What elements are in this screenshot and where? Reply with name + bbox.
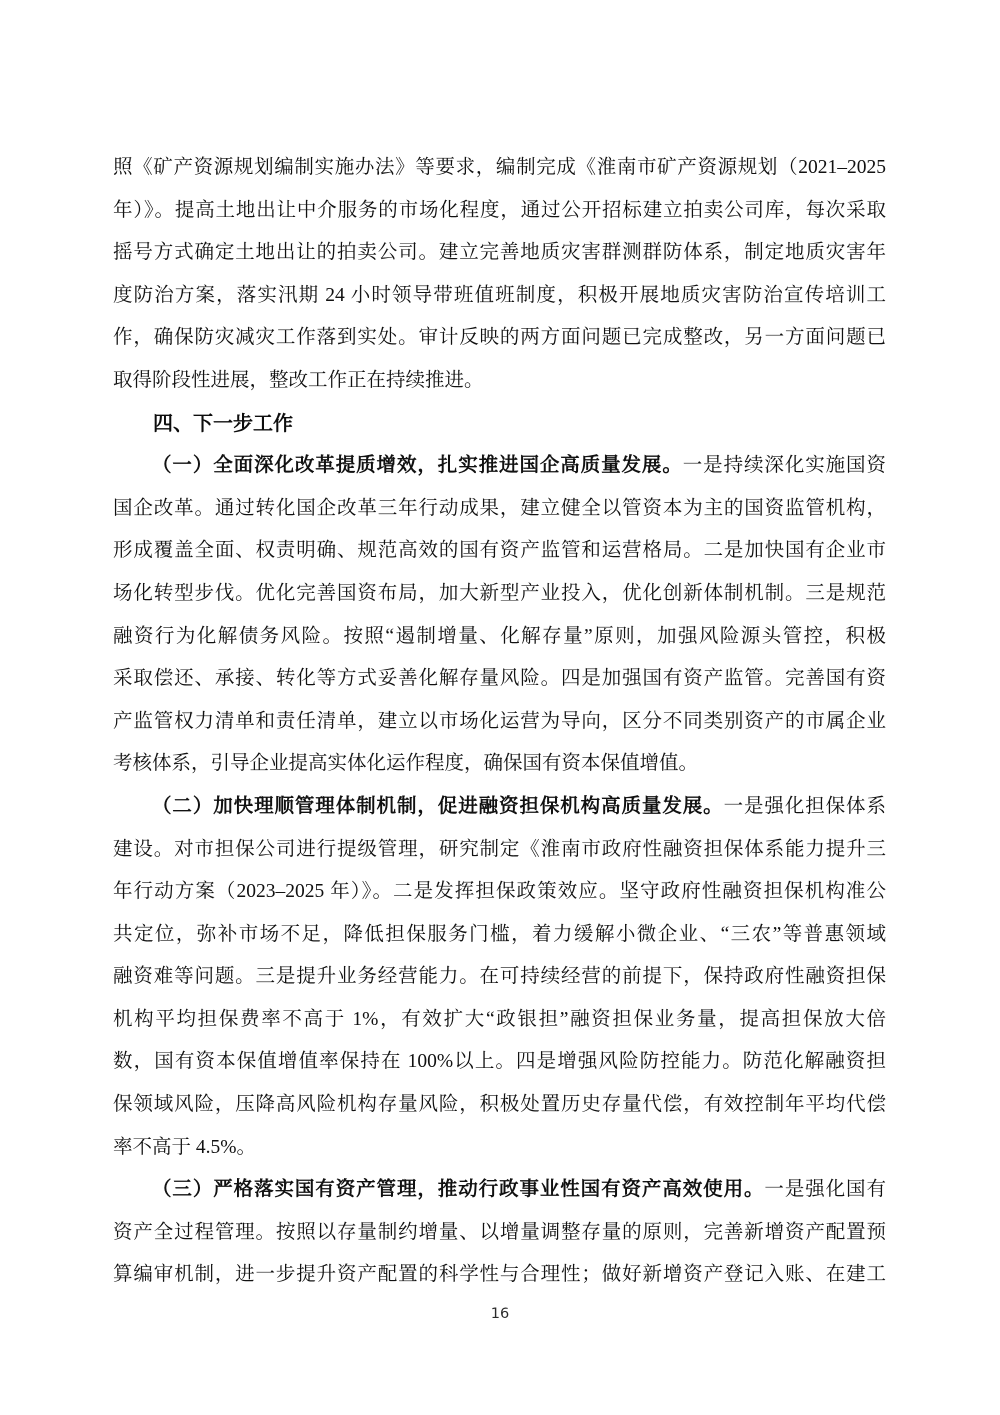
text-line: 形成覆盖全面、权责明确、规范高效的国有资产监管和运营格局。二是加快国有企业市 bbox=[113, 530, 886, 573]
text-segment: 年行动方案（2023–2025 年）》。二是发挥担保政策效应。坚守政府性融资担保… bbox=[113, 881, 886, 902]
text-segment: 建设。对市担保公司进行提级管理，研究制定《淮南市政府性融资担保体系能力提升三 bbox=[113, 839, 886, 860]
text-segment: 保领域风险，压降高风险机构存量风险，积极处置历史存量代偿，有效控制年平均代偿 bbox=[113, 1094, 886, 1115]
text-line: 率不高于 4.5%。 bbox=[113, 1127, 886, 1170]
text-line: 资产全过程管理。按照以存量制约增量、以增量调整存量的原则，完善新增资产配置预 bbox=[113, 1212, 886, 1255]
section-heading: 四、下一步工作 bbox=[113, 403, 886, 446]
text-segment: 融资行为化解债务风险。按照“遏制增量、化解存量”原则，加强风险源头管控，积极 bbox=[113, 626, 886, 647]
text-line: 照《矿产资源规划编制实施办法》等要求，编制完成《淮南市矿产资源规划（2021–2… bbox=[113, 147, 886, 190]
text-line: 融资难等问题。三是提升业务经营能力。在可持续经营的前提下，保持政府性融资担保 bbox=[113, 956, 886, 999]
text-segment: 度防治方案，落实汛期 24 小时领导带班值班制度，积极开展地质灾害防治宣传培训工 bbox=[113, 285, 886, 306]
page-number: 16 bbox=[0, 1306, 1000, 1322]
text-segment: 率不高于 4.5%。 bbox=[113, 1137, 256, 1158]
text-line: 共定位，弥补市场不足，降低担保服务门槛，着力缓解小微企业、“三农”等普惠领域 bbox=[113, 914, 886, 957]
text-segment: 场化转型步伐。优化完善国资布局，加大新型产业投入，优化创新体制机制。三是规范 bbox=[113, 583, 886, 604]
text-line: 算编审机制，进一步提升资产配置的科学性与合理性；做好新增资产登记入账、在建工 bbox=[113, 1254, 886, 1297]
text-segment: 一是持续深化实施国资 bbox=[683, 455, 886, 476]
text-line: 产监管权力清单和责任清单，建立以市场化运营为导向，区分不同类别资产的市属企业 bbox=[113, 701, 886, 744]
text-line: 场化转型步伐。优化完善国资布局，加大新型产业投入，优化创新体制机制。三是规范 bbox=[113, 573, 886, 616]
text-segment: 考核体系，引导企业提高实体化运作程度，确保国有资本保值增值。 bbox=[113, 753, 698, 774]
text-segment: 国企改革。通过转化国企改革三年行动成果，建立健全以管资本为主的国资监管机构， bbox=[113, 498, 886, 519]
text-line: 保领域风险，压降高风险机构存量风险，积极处置历史存量代偿，有效控制年平均代偿 bbox=[113, 1084, 886, 1127]
text-segment: 资产全过程管理。按照以存量制约增量、以增量调整存量的原则，完善新增资产配置预 bbox=[113, 1222, 886, 1243]
text-segment: 形成覆盖全面、权责明确、规范高效的国有资产监管和运营格局。二是加快国有企业市 bbox=[113, 540, 886, 561]
text-line: 取得阶段性进展，整改工作正在持续推进。 bbox=[113, 360, 886, 403]
bold-text-segment: （二）加快理顺管理体制机制，促进融资担保机构高质量发展。 bbox=[152, 796, 724, 817]
text-segment: 融资难等问题。三是提升业务经营能力。在可持续经营的前提下，保持政府性融资担保 bbox=[113, 966, 886, 987]
text-line: 机构平均担保费率不高于 1%，有效扩大“政银担”融资担保业务量，提高担保放大倍 bbox=[113, 999, 886, 1042]
text-line: 国企改革。通过转化国企改革三年行动成果，建立健全以管资本为主的国资监管机构， bbox=[113, 488, 886, 531]
text-line: 融资行为化解债务风险。按照“遏制增量、化解存量”原则，加强风险源头管控，积极 bbox=[113, 616, 886, 659]
text-line: （三）严格落实国有资产管理，推动行政事业性国有资产高效使用。一是强化国有 bbox=[113, 1169, 886, 1212]
text-line: 年行动方案（2023–2025 年）》。二是发挥担保政策效应。坚守政府性融资担保… bbox=[113, 871, 886, 914]
text-line: 作，确保防灾减灾工作落到实处。审计反映的两方面问题已完成整改，另一方面问题已 bbox=[113, 317, 886, 360]
text-segment: 取得阶段性进展，整改工作正在持续推进。 bbox=[113, 370, 484, 391]
text-segment: 机构平均担保费率不高于 1%，有效扩大“政银担”融资担保业务量，提高担保放大倍 bbox=[113, 1009, 886, 1030]
document-page: 照《矿产资源规划编制实施办法》等要求，编制完成《淮南市矿产资源规划（2021–2… bbox=[0, 0, 1000, 1415]
text-segment: 作，确保防灾减灾工作落到实处。审计反映的两方面问题已完成整改，另一方面问题已 bbox=[113, 327, 886, 348]
text-segment: 年）》。提高土地出让中介服务的市场化程度，通过公开招标建立拍卖公司库，每次采取 bbox=[113, 200, 886, 221]
text-segment: 采取偿还、承接、转化等方式妥善化解存量风险。四是加强国有资产监管。完善国有资 bbox=[113, 668, 886, 689]
text-segment: 数，国有资本保值增值率保持在 100%以上。四是增强风险防控能力。防范化解融资担 bbox=[113, 1051, 886, 1072]
bold-text-segment: 四、下一步工作 bbox=[153, 413, 293, 435]
text-segment: 摇号方式确定土地出让的拍卖公司。建立完善地质灾害群测群防体系，制定地质灾害年 bbox=[113, 242, 886, 263]
text-line: （二）加快理顺管理体制机制，促进融资担保机构高质量发展。一是强化担保体系 bbox=[113, 786, 886, 829]
text-line: 建设。对市担保公司进行提级管理，研究制定《淮南市政府性融资担保体系能力提升三 bbox=[113, 829, 886, 872]
text-segment: 一是强化担保体系 bbox=[724, 796, 886, 817]
text-segment: 算编审机制，进一步提升资产配置的科学性与合理性；做好新增资产登记入账、在建工 bbox=[113, 1264, 886, 1285]
text-segment: 产监管权力清单和责任清单，建立以市场化运营为导向，区分不同类别资产的市属企业 bbox=[113, 711, 886, 732]
text-line: 摇号方式确定土地出让的拍卖公司。建立完善地质灾害群测群防体系，制定地质灾害年 bbox=[113, 232, 886, 275]
text-line: 考核体系，引导企业提高实体化运作程度，确保国有资本保值增值。 bbox=[113, 743, 886, 786]
document-body: 照《矿产资源规划编制实施办法》等要求，编制完成《淮南市矿产资源规划（2021–2… bbox=[113, 147, 886, 1297]
text-line: 采取偿还、承接、转化等方式妥善化解存量风险。四是加强国有资产监管。完善国有资 bbox=[113, 658, 886, 701]
text-segment: 共定位，弥补市场不足，降低担保服务门槛，着力缓解小微企业、“三农”等普惠领域 bbox=[113, 924, 886, 945]
bold-text-segment: （一）全面深化改革提质增效，扎实推进国企高质量发展。 bbox=[152, 455, 683, 476]
text-segment: 一是强化国有 bbox=[764, 1179, 886, 1200]
bold-text-segment: （三）严格落实国有资产管理，推动行政事业性国有资产高效使用。 bbox=[152, 1179, 764, 1200]
text-line: 数，国有资本保值增值率保持在 100%以上。四是增强风险防控能力。防范化解融资担 bbox=[113, 1041, 886, 1084]
text-line: 度防治方案，落实汛期 24 小时领导带班值班制度，积极开展地质灾害防治宣传培训工 bbox=[113, 275, 886, 318]
text-segment: 照《矿产资源规划编制实施办法》等要求，编制完成《淮南市矿产资源规划（2021–2… bbox=[113, 157, 886, 178]
text-line: 年）》。提高土地出让中介服务的市场化程度，通过公开招标建立拍卖公司库，每次采取 bbox=[113, 190, 886, 233]
text-line: （一）全面深化改革提质增效，扎实推进国企高质量发展。一是持续深化实施国资 bbox=[113, 445, 886, 488]
